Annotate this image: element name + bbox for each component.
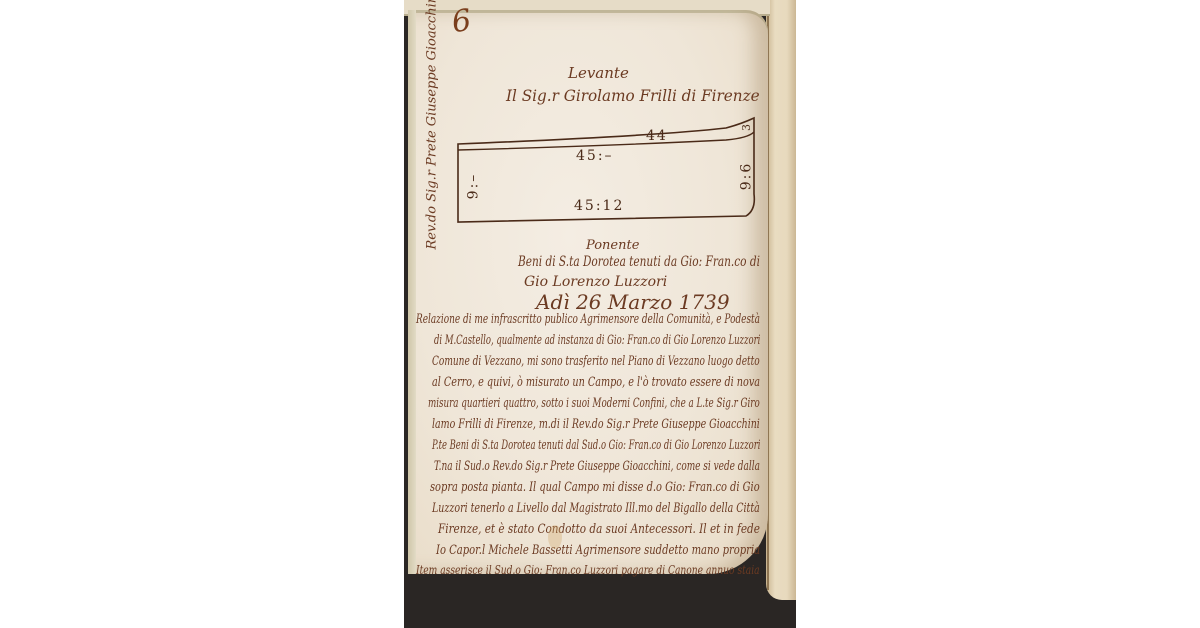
- measure-top-inner: 45:–: [576, 148, 614, 164]
- west-owner-line-1: Beni di S.ta Dorotea tenuti da Gio: Fran…: [518, 254, 760, 270]
- body-line: lamo Frilli di Firenze, m.di il Rev.do S…: [432, 417, 760, 432]
- body-line: al Cerro, e quivi, ò misurato un Campo, …: [432, 375, 760, 390]
- margin-note: Rev.do Sig.r Prete Giuseppe Gioacchini: [425, 30, 440, 250]
- measure-top-side: 44: [646, 128, 668, 144]
- body-line: Firenze, et è stato Condotto da suoi Ant…: [438, 522, 760, 537]
- measure-right-side: 9:6: [738, 162, 754, 191]
- document-date: Adì 26 Marzo 1739: [536, 290, 730, 314]
- measure-corner: 3: [740, 122, 753, 131]
- body-line: T.na il Sud.o Rev.do Sig.r Prete Giusepp…: [434, 459, 760, 474]
- body-line: misura quartieri quattro, sotto i suoi M…: [428, 396, 760, 411]
- heading-direction-west: Ponente: [586, 238, 639, 253]
- paper-stain: [548, 525, 562, 549]
- heading-east-owner: Il Sig.r Girolamo Frilli di Firenze: [506, 86, 760, 105]
- body-line: Relazione di me infrascritto publico Agr…: [416, 312, 760, 327]
- measure-left-side: 9:–: [465, 173, 481, 200]
- field-plan-diagram: 44 45:– 45:12 9:– 9:6 3: [456, 114, 756, 230]
- body-line: di M.Castello, qualmente ad instanza di …: [434, 333, 760, 348]
- body-line: Item asserisce il Sud.o Gio: Fran.co Luz…: [416, 562, 760, 577]
- heading-direction-east: Levante: [568, 64, 629, 82]
- adjacent-page-edge: [766, 0, 796, 600]
- body-line: sopra posta pianta. Il qual Campo mi dis…: [430, 480, 760, 495]
- measure-bottom: 45:12: [574, 198, 624, 214]
- body-line: Comune di Vezzano, mi sono trasferito ne…: [432, 354, 760, 369]
- manuscript-page: 6 Rev.do Sig.r Prete Giuseppe Gioacchini…: [408, 10, 768, 574]
- body-line: Luzzori tenerlo a Livello dal Magistrato…: [432, 501, 760, 516]
- page-left-edge: [408, 10, 416, 574]
- manuscript-scan: 6 Rev.do Sig.r Prete Giuseppe Gioacchini…: [404, 0, 796, 628]
- body-line: Io Capor.l Michele Bassetti Agrimensore …: [436, 543, 760, 558]
- west-owner-line-2: Gio Lorenzo Luzzori: [524, 274, 667, 290]
- body-line: P.te Beni di S.ta Dorotea tenuti dal Sud…: [432, 438, 760, 453]
